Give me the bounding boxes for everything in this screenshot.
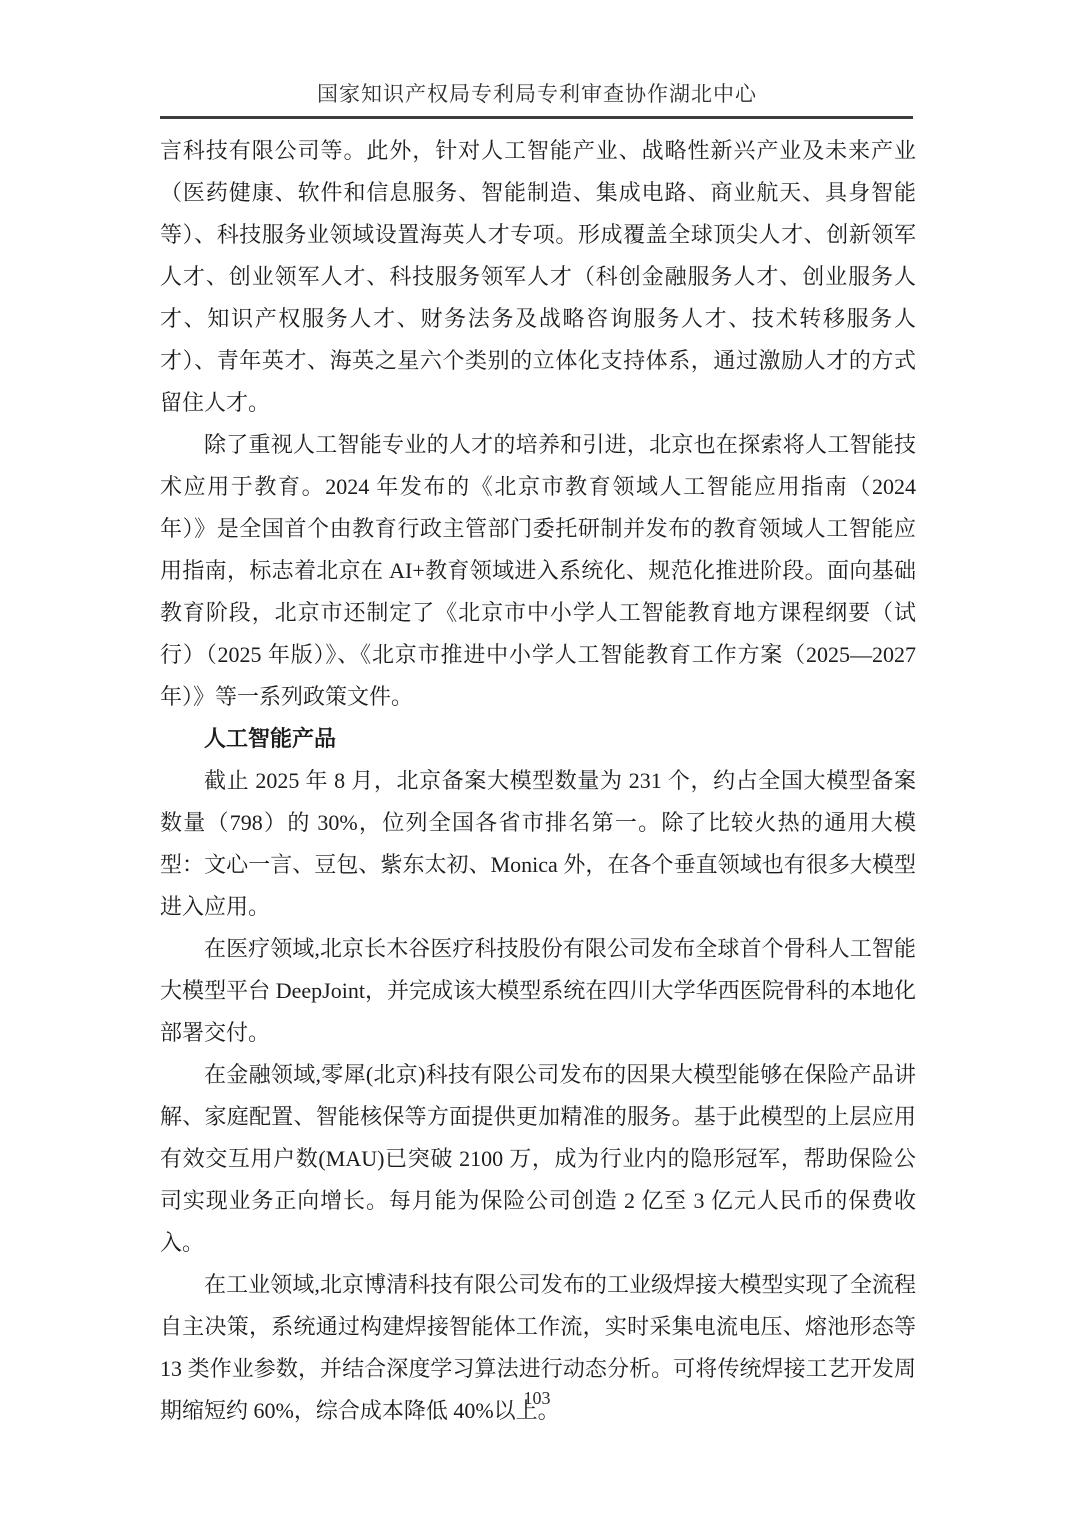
paragraph-finance-field: 在金融领域,零犀(北京)科技有限公司发布的因果大模型能够在保险产品讲解、家庭配置…: [160, 1054, 916, 1264]
header-rule: [160, 116, 913, 119]
document-page: 国家知识产权局专利局专利审查协作湖北中心 言科技有限公司等。此外，针对人工智能产…: [0, 0, 1074, 1520]
paragraph-ai-education: 除了重视人工智能专业的人才的培养和引进，北京也在探索将人工智能技术应用于教育。2…: [160, 424, 916, 718]
paragraph-model-registration: 截止 2025 年 8 月，北京备案大模型数量为 231 个，约占全国大模型备案…: [160, 760, 916, 928]
paragraph-medical-field: 在医疗领域,北京长木谷医疗科技股份有限公司发布全球首个骨科人工智能大模型平台 D…: [160, 928, 916, 1054]
page-header-title: 国家知识产权局专利局专利审查协作湖北中心: [0, 78, 1074, 108]
page-number: 103: [0, 1388, 1074, 1409]
section-heading-ai-products: 人工智能产品: [160, 718, 916, 760]
document-body: 言科技有限公司等。此外，针对人工智能产业、战略性新兴产业及未来产业（医药健康、软…: [160, 130, 916, 1432]
paragraph-talent-continuation: 言科技有限公司等。此外，针对人工智能产业、战略性新兴产业及未来产业（医药健康、软…: [160, 130, 916, 424]
